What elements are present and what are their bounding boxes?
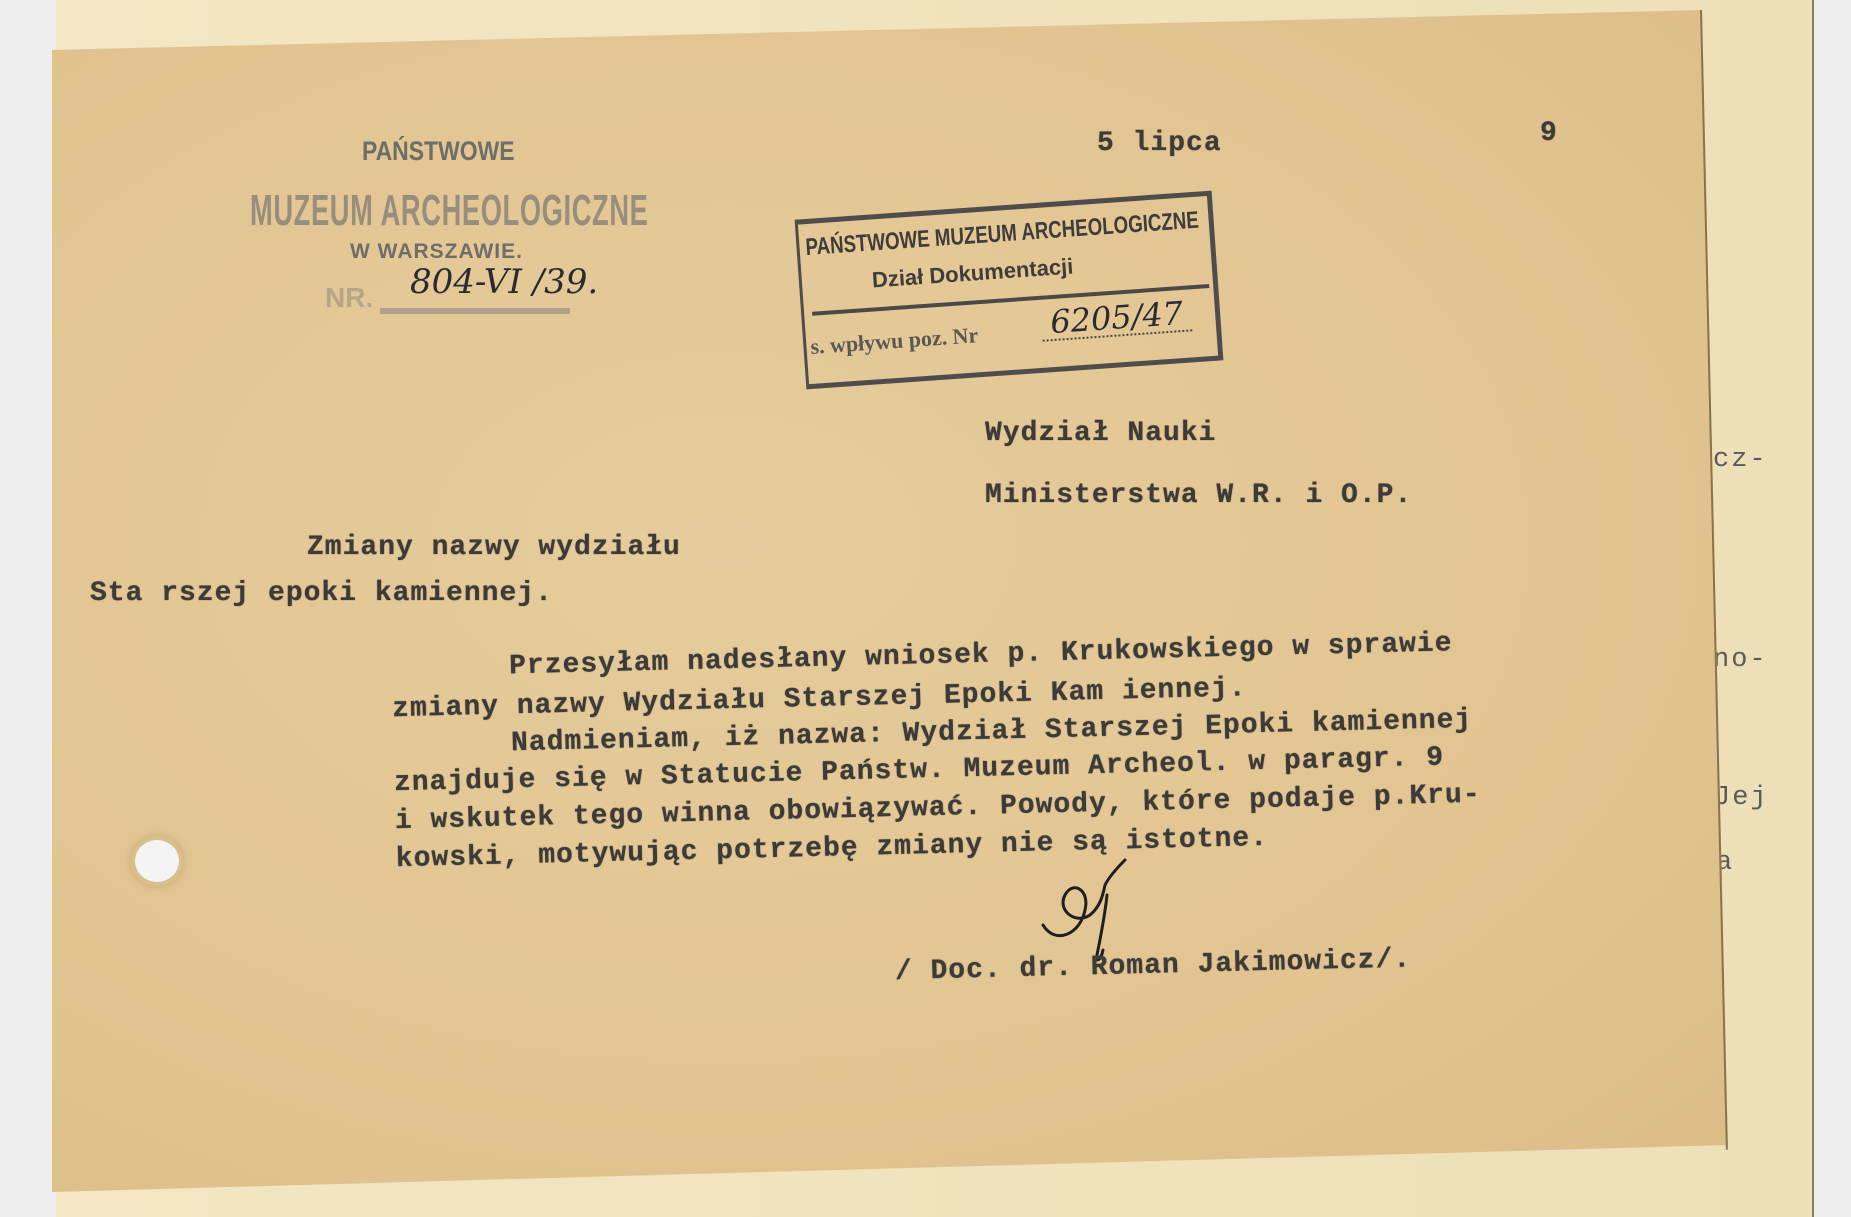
letterhead-stamp-nr-underline [380,308,570,314]
registry-stamp-line1: PAŃSTWOWE MUZEUM ARCHEOLOGICZNE [805,207,1200,262]
punch-hole [135,840,179,882]
recipient-line2: Ministerstwa W.R. i O.P. [985,480,1412,511]
letterhead-stamp-line2: MUZEUM ARCHEOLOGICZNE [250,186,648,236]
registry-stamp-line3-label: s. wpływu poz. Nr [810,322,979,360]
letter-date: 5 lipca [1097,128,1222,159]
letterhead-stamp-line3: W WARSZAWIE. [350,240,523,264]
handwritten-signature [1035,855,1145,965]
letter-date-suffix: 9 [1540,118,1558,149]
underlying-fragment-1: cz- [1713,445,1768,475]
registry-stamp-number: 6205/47 [1049,294,1184,341]
underlying-fragment-2: no- [1713,645,1768,675]
subject-line2: Sta rszej epoki kamiennej. [90,578,553,609]
registry-stamp: PAŃSTWOWE MUZEUM ARCHEOLOGICZNE Dział Do… [795,191,1224,390]
subject-line1: Zmiany nazwy wydziału [307,532,681,563]
recipient-line1: Wydział Nauki [985,418,1216,449]
registry-stamp-line2: Dział Dokumentacji [871,253,1074,293]
letterhead-stamp-nr-handwritten: 804-VI /39. [410,262,598,302]
letterhead-stamp-nr-label: NR. [325,282,373,314]
underlying-fragment-3: Jej [1714,783,1769,813]
letterhead-stamp-line1: PAŃSTWOWE [362,136,515,167]
